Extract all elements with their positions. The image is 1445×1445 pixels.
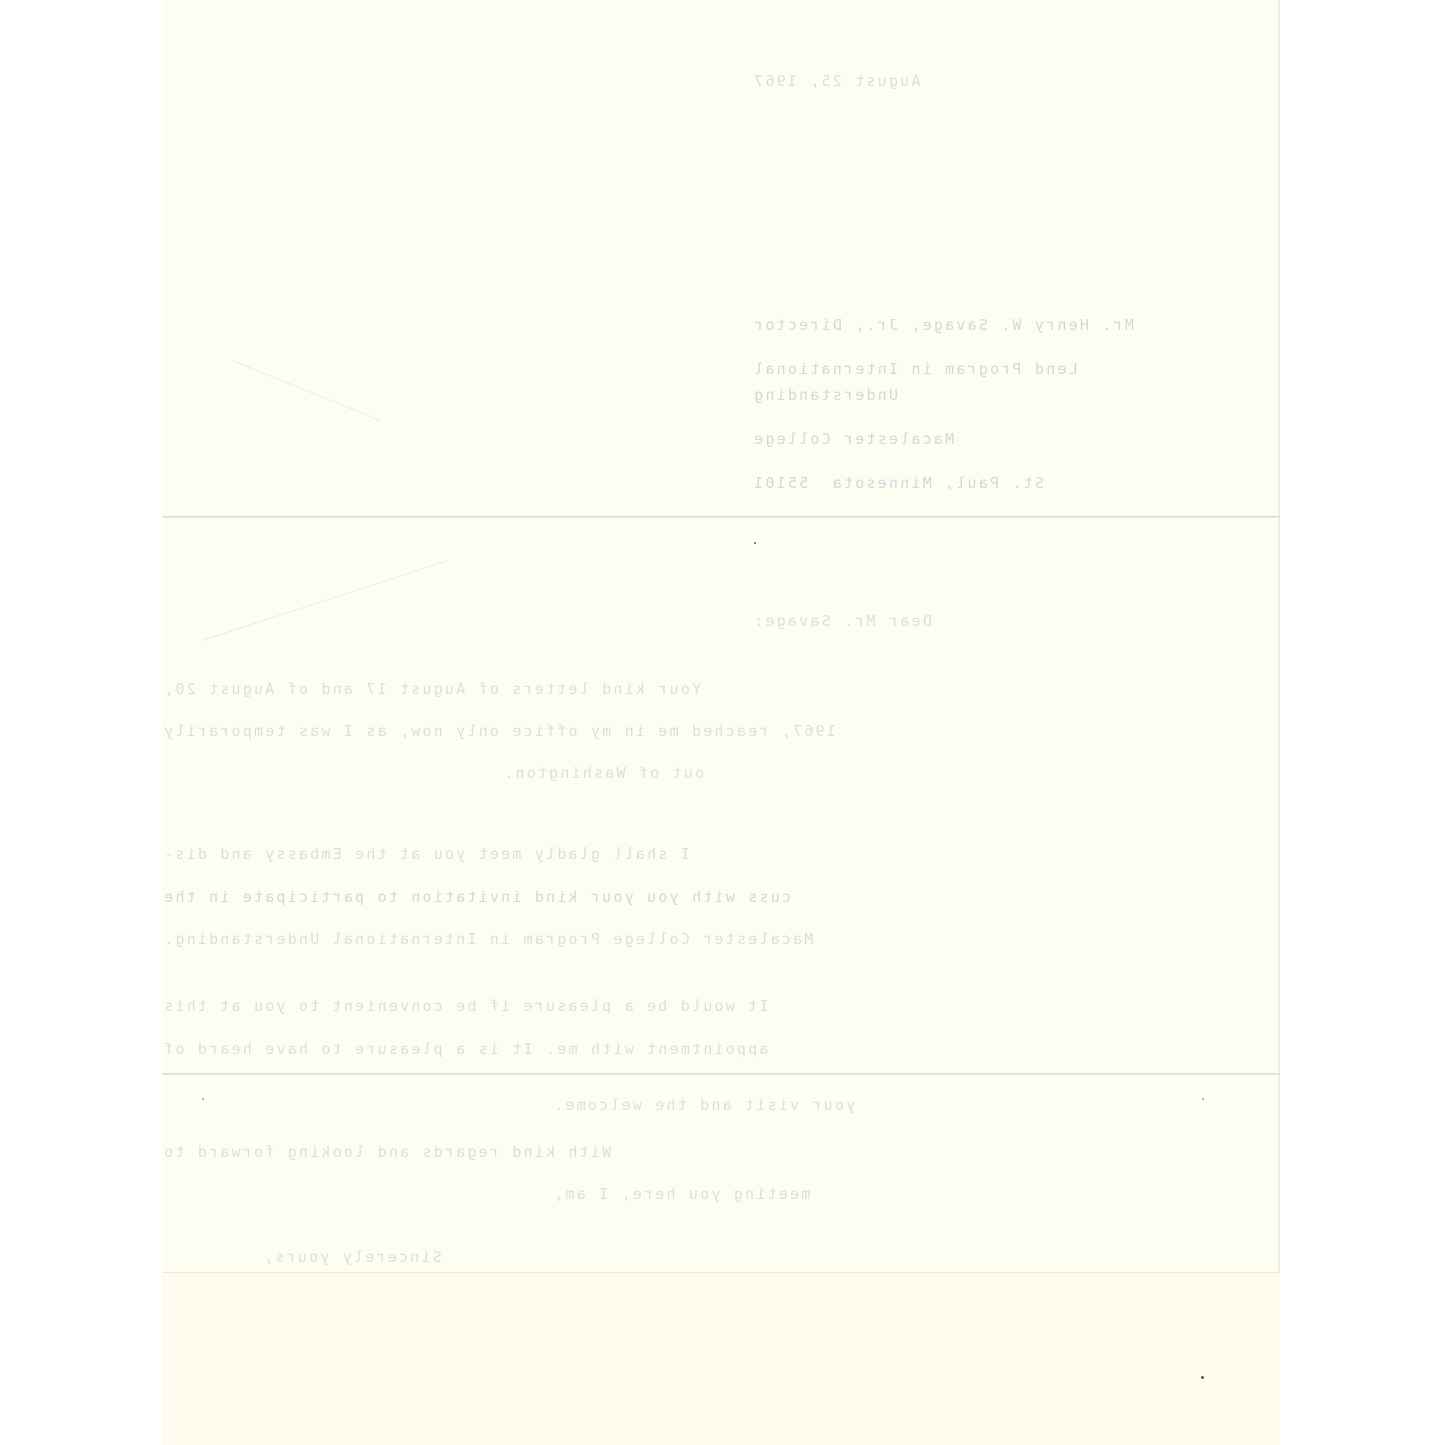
- page-edge: [1278, 0, 1280, 1445]
- body-line: your visit and the welcome.: [552, 1096, 855, 1114]
- speck: [754, 542, 756, 544]
- body-line: With kind regards and looking forward to: [162, 1143, 611, 1161]
- speck: [1201, 1376, 1204, 1379]
- speck: [1202, 1098, 1204, 1100]
- body-line: Macalester College Program in Internatio…: [162, 930, 813, 948]
- paper-crease: [232, 360, 381, 421]
- body-line: Your kind letters of August 17 and of Au…: [162, 680, 701, 698]
- speck: [202, 1098, 204, 1100]
- address-line: Macalester College: [752, 430, 954, 448]
- salutation: Dear Mr. Savage:: [752, 612, 932, 630]
- body-line: I shall gladly meet you at the Embassy a…: [162, 845, 690, 863]
- body-line: cuss with you your kind invitation to pa…: [162, 888, 791, 906]
- paper-crease: [202, 560, 450, 641]
- fold-line: [162, 1073, 1280, 1075]
- body-line: meeting you here, I am,: [552, 1185, 810, 1203]
- body-line: appointment with me. It is a pleasure to…: [162, 1040, 768, 1058]
- address-line: Lend Program in International: [752, 360, 1078, 378]
- letter-page: August 25, 1967 Mr. Henry W. Savage, Jr.…: [162, 0, 1280, 1445]
- address-line: St. Paul, Minnesota 55101: [752, 474, 1044, 492]
- date-line: August 25, 1967: [752, 72, 920, 90]
- closing: Sincerely yours,: [262, 1248, 442, 1266]
- body-line: 1967, reached me in my office only now, …: [162, 722, 836, 740]
- body-line: It would be a pleasure if be convenient …: [162, 997, 768, 1015]
- address-line: Understanding: [752, 386, 898, 404]
- address-line: Mr. Henry W. Savage, Jr., Director: [752, 316, 1134, 334]
- fold-line: [162, 516, 1280, 518]
- lower-page-section: [162, 1272, 1280, 1445]
- body-line: out of Washington.: [502, 764, 704, 782]
